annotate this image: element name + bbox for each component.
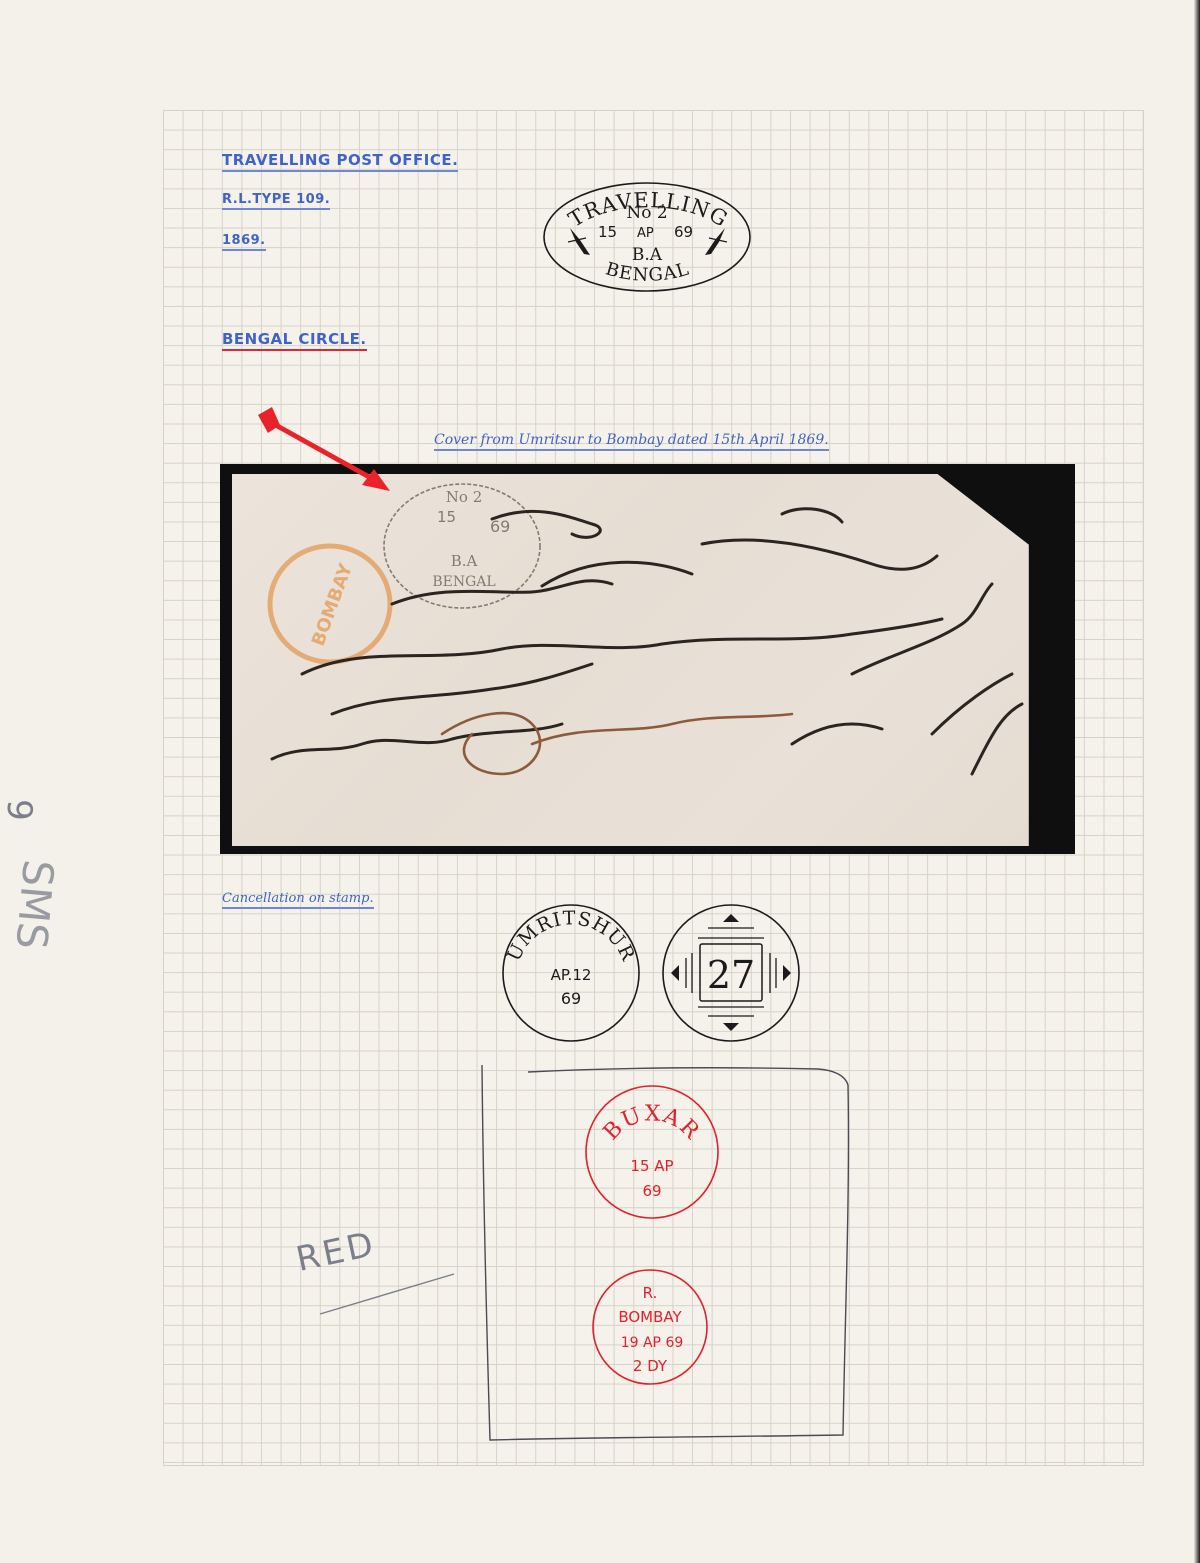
caption-cancellation: Cancellation on stamp.	[222, 891, 374, 906]
umritshur-postmark: UMRITSHUR AP.12 69	[496, 898, 646, 1048]
svg-text:B.A: B.A	[451, 552, 478, 570]
orange-bombay-cds: BOMBAY	[270, 546, 390, 662]
bombay-line-date: 19 AP 69	[621, 1335, 684, 1351]
svg-text:BUXAR: BUXAR	[599, 1101, 705, 1145]
heading-circle: BENGAL CIRCLE.	[222, 330, 367, 348]
travelling-oval-postmark: TRAVELLING No 2 15 AP 69 B.A BENGAL	[540, 180, 755, 295]
oval-number: No 2	[626, 203, 667, 223]
svg-text:UMRITSHUR: UMRITSHUR	[503, 907, 640, 964]
oval-route: B.A	[632, 245, 663, 265]
oval-ornament-left	[568, 228, 590, 255]
pencil-margin-number: 9	[0, 799, 39, 821]
svg-text:No 2: No 2	[446, 488, 482, 506]
oval-ornament-right	[705, 228, 727, 255]
oval-month: AP	[637, 226, 654, 241]
umritshur-year: 69	[561, 989, 581, 1008]
buxar-postmark: BUXAR 15 AP 69	[582, 1082, 722, 1222]
caption-cover: Cover from Umritsur to Bombay dated 15th…	[434, 432, 829, 448]
bombay-line-r: R.	[643, 1284, 658, 1302]
bombay-line-name: BOMBAY	[618, 1308, 682, 1326]
buxar-arc: BUXAR	[599, 1101, 705, 1145]
numeral-27-text: 27	[707, 953, 755, 997]
svg-text:BOMBAY: BOMBAY	[308, 560, 357, 649]
svg-text:15: 15	[437, 508, 456, 526]
heading-title: TRAVELLING POST OFFICE.	[222, 151, 458, 169]
cover-markings: BOMBAY No 2 15 69 B.A BENGAL	[232, 474, 1062, 846]
svg-text:BENGAL: BENGAL	[432, 574, 495, 590]
pencil-stroke	[318, 1268, 458, 1318]
heading-year: 1869.	[222, 233, 266, 248]
oval-day: 15	[598, 223, 617, 241]
pencil-margin-scribble: SMS	[6, 858, 63, 951]
umritshur-date: AP.12	[551, 966, 592, 984]
brown-manuscript-bombay	[442, 713, 792, 774]
buxar-year: 69	[642, 1182, 661, 1200]
oval-year: 69	[674, 223, 693, 241]
umritshur-arc: UMRITSHUR	[503, 907, 640, 964]
bombay-line-delivery: 2 DY	[633, 1357, 668, 1375]
bombay-postmark: R. BOMBAY 19 AP 69 2 DY	[590, 1268, 710, 1388]
numeral-27-cancel: 27	[656, 898, 806, 1048]
red-arrow-pointer	[250, 405, 400, 500]
heading-type: R.L.TYPE 109.	[222, 192, 330, 207]
buxar-date: 15 AP	[630, 1157, 673, 1175]
cover-travelling-postmark: No 2 15 69 B.A BENGAL	[384, 484, 540, 608]
